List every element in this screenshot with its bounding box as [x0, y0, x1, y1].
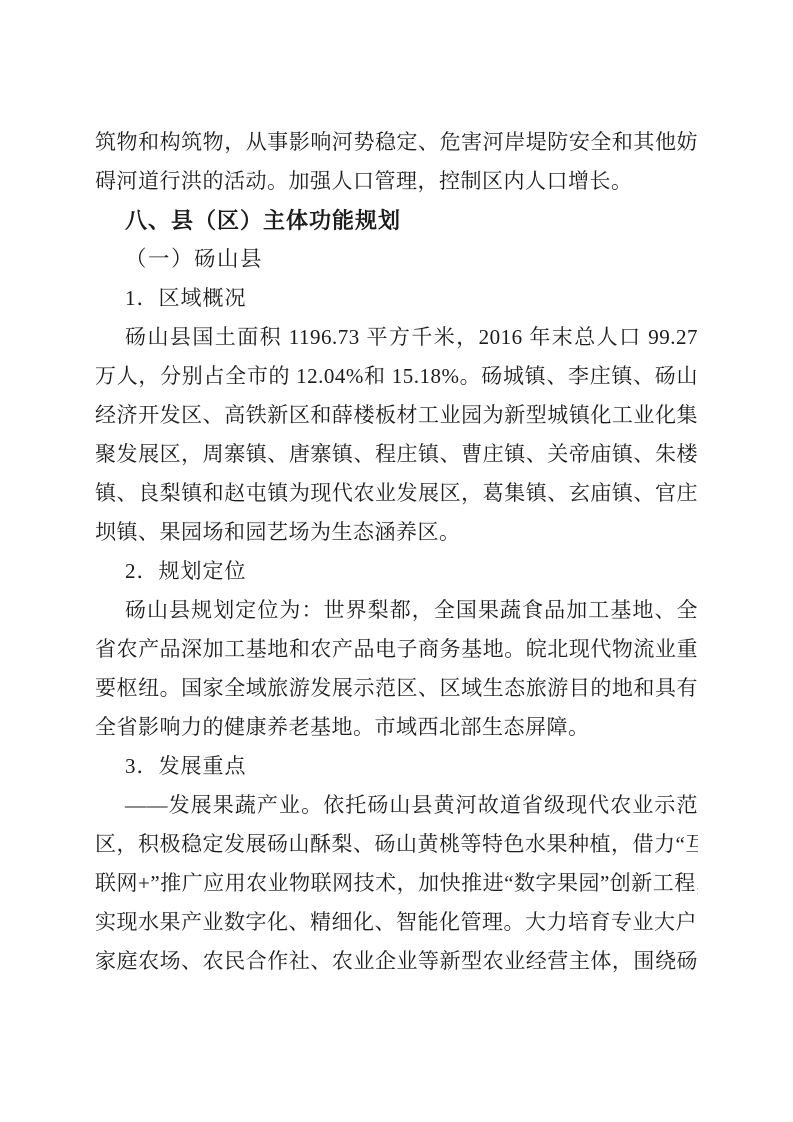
text-line: 联网+”推广应用农业物联网技术，加快推进“数字果园”创新工程， — [95, 864, 698, 903]
text-line: 实现水果产业数字化、精细化、智能化管理。大力培育专业大户、 — [95, 903, 698, 942]
text-line: 区，积极稳定发展砀山酥梨、砀山黄桃等特色水果种植，借力“互 — [95, 825, 698, 864]
text-line: 砀山县规划定位为：世界梨都，全国果蔬食品加工基地、全 — [95, 591, 698, 630]
heading-development-focus: 3．发展重点 — [95, 747, 698, 786]
text-line: 聚发展区，周寨镇、唐寨镇、程庄镇、曹庄镇、关帝庙镇、朱楼 — [95, 435, 698, 474]
chapter-heading: 八、县（区）主体功能规划 — [95, 201, 698, 240]
heading-planning-position: 2．规划定位 — [95, 552, 698, 591]
text-line: 省农产品深加工基地和农产品电子商务基地。皖北现代物流业重 — [95, 630, 698, 669]
text-line: 筑物和构筑物，从事影响河势稳定、危害河岸堤防安全和其他妨 — [95, 123, 698, 162]
text-line: 坝镇、果园场和园艺场为生态涵养区。 — [95, 513, 698, 552]
text-line: 万人，分别占全市的 12.04%和 15.18%。砀城镇、李庄镇、砀山 — [95, 357, 698, 396]
text-line: 全省影响力的健康养老基地。市域西北部生态屏障。 — [95, 708, 698, 747]
document-page: 筑物和构筑物，从事影响河势稳定、危害河岸堤防安全和其他妨 碍河道行洪的活动。加强… — [0, 0, 793, 1122]
heading-region-overview: 1．区域概况 — [95, 279, 698, 318]
text-line: 碍河道行洪的活动。加强人口管理，控制区内人口增长。 — [95, 162, 698, 201]
text-line: 砀山县国土面积 1196.73 平方千米，2016 年末总人口 99.27 — [95, 318, 698, 357]
county-heading: （一）砀山县 — [95, 240, 698, 279]
text-line: 家庭农场、农民合作社、农业企业等新型农业经营主体，围绕砀 — [95, 942, 698, 981]
text-line: 经济开发区、高铁新区和薛楼板材工业园为新型城镇化工业化集 — [95, 396, 698, 435]
text-line: 镇、良梨镇和赵屯镇为现代农业发展区，葛集镇、玄庙镇、官庄 — [95, 474, 698, 513]
text-line: ——发展果蔬产业。依托砀山县黄河故道省级现代农业示范 — [95, 786, 698, 825]
text-line: 要枢纽。国家全域旅游发展示范区、区域生态旅游目的地和具有 — [95, 669, 698, 708]
